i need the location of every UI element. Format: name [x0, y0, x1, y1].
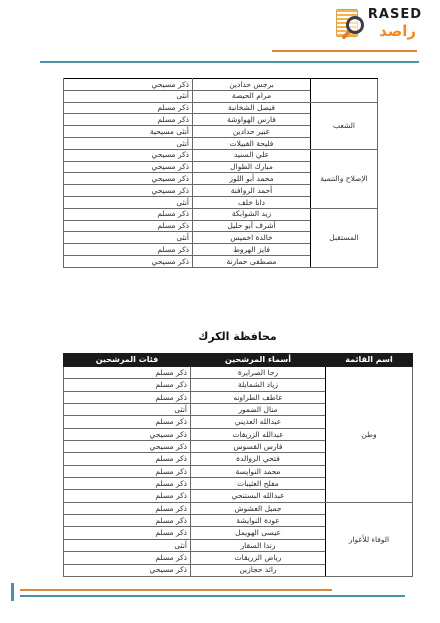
candidate-name-cell: فارس الهواوشة — [193, 114, 311, 126]
header-orange-rule — [272, 50, 417, 52]
table-row: الشعبفيصل الشخانبةذكر مسلم — [64, 102, 378, 114]
candidate-category-cell: ذكر مسيحي — [64, 79, 193, 91]
candidate-categories-header: فئات المرشحين — [64, 354, 191, 367]
list-name-cell: الوفاء للأغوار — [326, 502, 413, 576]
candidate-name-cell: عبدالله البستنجي — [191, 490, 326, 502]
candidate-name-cell: فتحي الروالدة — [191, 453, 326, 465]
candidate-category-cell: ذكر مسلم — [64, 379, 191, 391]
table-header-row: اسم القائمة أسماء المرشحين فئات المرشحين — [64, 354, 413, 367]
candidate-category-cell: ذكر مسلم — [64, 490, 191, 502]
candidate-name-cell: برجس حدادين — [193, 79, 311, 91]
list-name-cell: المستقبل — [311, 208, 378, 267]
candidate-category-cell: ذكر مسلم — [64, 220, 193, 232]
candidate-name-cell: عبدالله الزريقات — [191, 428, 326, 440]
candidate-category-cell: ذكر مسلم — [64, 478, 191, 490]
candidate-category-cell: أنثى — [64, 90, 193, 102]
candidate-name-cell: علي السنيد — [193, 149, 311, 161]
candidate-name-cell: مصطفى حمارنة — [193, 255, 311, 267]
candidate-category-cell: ذكر مسيحي — [64, 441, 191, 453]
candidate-name-cell: زيد الشوابكة — [193, 208, 311, 220]
candidate-category-cell: أنثى — [64, 137, 193, 149]
logo-brand-arabic-text: راصد — [379, 22, 416, 40]
list-name-cell — [311, 79, 378, 103]
list-name-cell: الإصلاح والتنمية — [311, 149, 378, 208]
candidate-category-cell: ذكر مسلم — [64, 102, 193, 114]
rased-logo: RASED راصد — [334, 6, 422, 46]
candidate-name-cell: أشرف أبو حليل — [193, 220, 311, 232]
candidate-category-cell: ذكر مسيحي — [64, 149, 193, 161]
candidate-name-cell: مرام الحيصة — [193, 90, 311, 102]
magnifier-icon — [342, 15, 366, 39]
footer-orange-rule — [20, 589, 332, 591]
candidates-table-continued: برجس حدادينذكر مسيحيمرام الحيصةأنثىالشعب… — [63, 78, 378, 268]
table-row: وطنرجا الصرايرةذكر مسلم — [64, 367, 413, 379]
candidate-category-cell: ذكر مسلم — [64, 367, 191, 379]
candidate-category-cell: أنثى — [64, 404, 191, 416]
candidate-category-cell: ذكر مسلم — [64, 515, 191, 527]
candidate-name-cell: عبير حدادين — [193, 126, 311, 138]
candidate-name-cell: عاطف الطراونه — [191, 391, 326, 403]
candidate-name-cell: رندا السقار — [191, 539, 326, 551]
candidate-name-cell: فايز الهروط — [193, 244, 311, 256]
table-row: الوفاء للأغوارجميل العشوشذكر مسلم — [64, 502, 413, 514]
candidate-name-cell: محمد النوايسة — [191, 465, 326, 477]
candidate-category-cell: ذكر مسيحي — [64, 564, 191, 576]
candidate-category-cell: أنثى — [64, 539, 191, 551]
candidate-category-cell: أنثى — [64, 196, 193, 208]
candidate-category-cell: ذكر مسلم — [64, 465, 191, 477]
footer-teal-tick — [11, 583, 14, 601]
candidate-category-cell: ذكر مسلم — [64, 391, 191, 403]
candidate-name-cell: عيسى الهويمل — [191, 527, 326, 539]
header-teal-rule — [40, 61, 419, 63]
table-row: المستقبلزيد الشوابكةذكر مسلم — [64, 208, 378, 220]
candidate-name-cell: رائد حجازين — [191, 564, 326, 576]
candidate-name-cell: مبارك الطوال — [193, 161, 311, 173]
report-page: { "logo": { "brand": "RASED", "brand_ar"… — [0, 0, 440, 623]
candidate-name-cell: رياض الزريقات — [191, 552, 326, 564]
section-title: محافظة الكرك — [63, 330, 412, 343]
candidate-category-cell: ذكر مسلم — [64, 527, 191, 539]
candidate-category-cell: ذكر مسيحي — [64, 428, 191, 440]
candidate-category-cell: ذكر مسلم — [64, 244, 193, 256]
candidate-category-cell: ذكر مسلم — [64, 453, 191, 465]
candidate-name-cell: فيصل الشخانبة — [193, 102, 311, 114]
candidate-name-cell: عودة النوايشة — [191, 515, 326, 527]
karak-candidates-table: اسم القائمة أسماء المرشحين فئات المرشحين… — [63, 353, 413, 577]
candidate-name-cell: فليحة القبيلات — [193, 137, 311, 149]
list-name-cell: وطن — [326, 367, 413, 503]
candidate-name-cell: جميل العشوش — [191, 502, 326, 514]
candidate-category-cell: ذكر مسيحي — [64, 255, 193, 267]
list-name-header: اسم القائمة — [326, 354, 413, 367]
candidate-category-cell: ذكر مسيحي — [64, 161, 193, 173]
candidate-name-cell: فارس القسوس — [191, 441, 326, 453]
table-row: الإصلاح والتنميةعلي السنيدذكر مسيحي — [64, 149, 378, 161]
candidate-name-cell: مفلح العثيبات — [191, 478, 326, 490]
list-name-cell: الشعب — [311, 102, 378, 149]
candidate-name-cell: محمد أبو اللوز — [193, 173, 311, 185]
candidate-name-cell: رجا الصرايرة — [191, 367, 326, 379]
candidate-name-cell: دانا خلف — [193, 196, 311, 208]
candidate-name-cell: عبدالله العديني — [191, 416, 326, 428]
candidate-category-cell: ذكر مسلم — [64, 208, 193, 220]
footer-teal-rule — [20, 595, 405, 597]
candidate-category-cell: ذكر مسلم — [64, 114, 193, 126]
candidate-category-cell: ذكر مسلم — [64, 552, 191, 564]
candidate-name-cell: أحمد الروافنة — [193, 185, 311, 197]
candidate-name-cell: خالدة اخميس — [193, 232, 311, 244]
candidate-category-cell: أنثى — [64, 232, 193, 244]
table-row: برجس حدادينذكر مسيحي — [64, 79, 378, 91]
candidate-name-cell: منال الضمور — [191, 404, 326, 416]
candidate-category-cell: ذكر مسيحي — [64, 185, 193, 197]
candidate-category-cell: ذكر مسيحي — [64, 173, 193, 185]
logo-brand-text: RASED — [368, 7, 422, 22]
candidate-category-cell: ذكر مسلم — [64, 502, 191, 514]
candidate-category-cell: ذكر مسلم — [64, 416, 191, 428]
candidate-name-cell: زياد الشمايلة — [191, 379, 326, 391]
candidate-category-cell: أنثى مسيحية — [64, 126, 193, 138]
candidate-names-header: أسماء المرشحين — [191, 354, 326, 367]
